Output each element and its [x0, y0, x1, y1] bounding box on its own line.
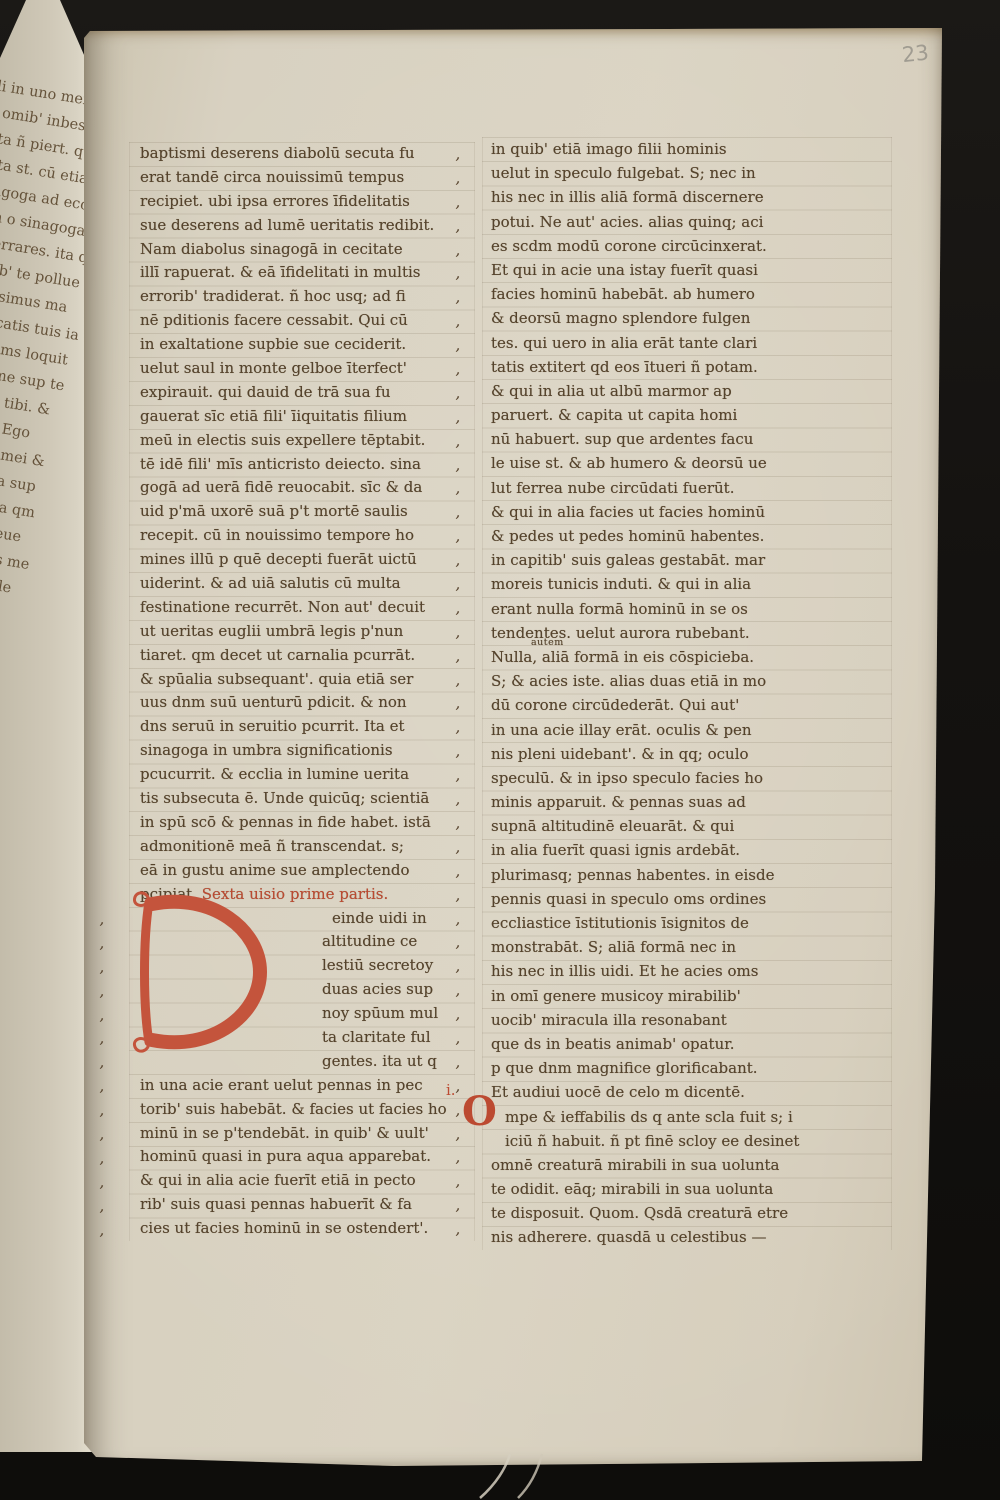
text-line: p que dnm magnifice glorificabant. — [491, 1056, 891, 1080]
text-line: minis apparuit. & pennas suas ad — [491, 790, 891, 814]
text-line: monstrabāt. S; aliā formā nec in — [491, 935, 891, 959]
text-line: uid p'mā uxorē suā p't mortē saulis — [140, 500, 474, 524]
text-line: expirauit. qui dauid de trā sua fu — [140, 381, 474, 405]
text-line: rib' suis quasi pennas habuerīt & fa — [140, 1193, 474, 1217]
text-line: dū corone circūdederāt. Qui aut' — [491, 693, 891, 717]
folio-number: 23 — [901, 37, 963, 67]
text-line: te disposuit. Quom. Qsdā creaturā etre — [491, 1201, 891, 1225]
text-line: nē pditionis facere cessabit. Qui cū — [140, 309, 474, 333]
text-line: errorib' tradiderat. ñ hoc usq; ad fi — [140, 285, 474, 309]
binding-cord — [470, 1452, 610, 1500]
text-line: mines illū p quē decepti fuerāt uictū — [140, 548, 474, 572]
text-line: ut ueritas euglii umbrā legis p'nun — [140, 620, 474, 644]
text-line: gauerat sīc etiā fili' īiquitatis filium — [140, 405, 474, 429]
text-line: in una acie illay erāt. oculis & pen — [491, 718, 891, 742]
left-text-column: baptismi deserens diabolū secuta fuerat … — [129, 142, 475, 1241]
text-line: meū in electis suis expellere tēptabit. — [140, 429, 474, 453]
text-line: recepit. cū in nouissimo tempore ho — [140, 524, 474, 548]
text-line: nis pleni uidebant'. & in qq; oculo — [491, 742, 891, 766]
text-line: facies hominū habebāt. ab humero — [491, 282, 891, 306]
text-line: es scdm modū corone circūcinxerat. — [491, 234, 891, 258]
text-line: uiderint. & ad uiā salutis cū multa — [140, 572, 474, 596]
line-filler-mark: , — [98, 1193, 106, 1217]
text-line: illī rapuerat. & eā īfidelitati in multi… — [140, 261, 474, 285]
text-line: & spūalia subsequant'. quia etiā ser — [140, 668, 474, 692]
margin-marks: ,,,,,,,,,,,,,, — [100, 907, 105, 1241]
text-line: uocib' miracula illa resonabant — [491, 1008, 891, 1032]
chapter-number: i. — [446, 1081, 456, 1099]
text-line: Et audiui uocē de celo m dicentē. — [491, 1080, 891, 1104]
text-line: in quib' etiā imago filii hominis — [491, 137, 891, 161]
manuscript-photo: illi in uno membrin omib' inbes susepta … — [0, 0, 1000, 1500]
text-line: erant nulla formā hominū in se os — [491, 597, 891, 621]
text-line: sinagoga in umbra significationis — [140, 739, 474, 763]
text-line: in capitib' suis galeas gestabāt. mar — [491, 548, 891, 572]
text-line: festinatione recurrēt. Non aut' decuit — [140, 596, 474, 620]
text-line: & qui in alia ut albū marmor ap — [491, 379, 891, 403]
text-line: potui. Ne aut' acies. alias quinq; aci — [491, 210, 891, 234]
line-filler-mark: , — [98, 1026, 106, 1050]
text-line: nis adherere. quasdā u celestibus — — [491, 1225, 891, 1249]
text-line: tatis extitert qd eos ītueri ñ potam. — [491, 355, 891, 379]
manuscript-page: 23 baptismi deserens diabolū secuta fuer… — [84, 28, 942, 1468]
text-line: & deorsū magno splendore fulgen — [491, 306, 891, 330]
text-line: dns seruū in seruitio pcurrit. Ita et — [140, 715, 474, 739]
interlinear-gloss: autem — [531, 638, 564, 647]
line-filler-mark: , — [98, 1217, 106, 1241]
text-line: moreis tunicis induti. & qui in alia — [491, 572, 891, 596]
text-line: le uise st. & ab humero & deorsū ue — [491, 451, 891, 475]
line-filler-mark: , — [98, 931, 106, 955]
text-line: admonitionē meā ñ transcendat. s; — [140, 835, 474, 859]
line-filler-mark: , — [98, 955, 106, 979]
text-line: his nec in illis aliā formā discernere — [491, 185, 891, 209]
text-line: tes. qui uero in alia erāt tante clari — [491, 331, 891, 355]
line-filler-mark: , — [98, 1002, 106, 1026]
initial-d-illuminated-letter — [116, 888, 268, 1056]
text-line: minū in se p'tendebāt. in quib' & uult' — [140, 1122, 474, 1146]
text-line: Nulla, aliā formā in eis cōspicieba.aute… — [491, 645, 891, 669]
text-line: speculū. & in ipso speculo facies ho — [491, 766, 891, 790]
text-line: in exaltatione supbie sue ceciderit. — [140, 333, 474, 357]
text-line: & qui in alia facies ut facies hominū — [491, 500, 891, 524]
line-filler-mark: , — [98, 1170, 106, 1194]
text-line: Nam diabolus sinagogā in cecitate — [140, 238, 474, 262]
text-line: tis subsecuta ē. Unde quicūq; scientiā — [140, 787, 474, 811]
text-line: uelut in speculo fulgebat. S; nec in — [491, 161, 891, 185]
text-line: tē idē fili' mīs anticristo deiecto. sin… — [140, 453, 474, 477]
text-line: hominū quasi in pura aqua apparebat. — [140, 1145, 474, 1169]
text-line: baptismi deserens diabolū secuta fu — [140, 142, 474, 166]
text-line: te odidit. eāq; mirabili in sua uolunta — [491, 1177, 891, 1201]
line-filler-mark: , — [98, 978, 106, 1002]
text-line: erat tandē circa nouissimū tempus — [140, 166, 474, 190]
right-text-column: in quib' etiā imago filii hominisuelut i… — [482, 137, 892, 1250]
line-filler-mark: , — [98, 1098, 106, 1122]
text-line: his nec in illis uidi. Et he acies oms — [491, 959, 891, 983]
text-line: pcucurrit. & ecclia in lumine uerita — [140, 763, 474, 787]
text-line: lut ferrea nube circūdati fuerūt. — [491, 476, 891, 500]
text-line: S; & acies iste. alias duas etiā in mo — [491, 669, 891, 693]
text-line: & qui in alia acie fuerīt etiā in pecto — [140, 1169, 474, 1193]
text-line: uus dnm suū uenturū pdicit. & non — [140, 691, 474, 715]
text-line: iciū ñ habuit. ñ pt finē scloy ee desine… — [491, 1129, 891, 1153]
text-line: recipiet. ubi ipsa errores īfidelitatis — [140, 190, 474, 214]
line-filler-mark: , — [98, 1146, 106, 1170]
line-filler-mark: , — [98, 907, 106, 931]
text-line: uelut saul in monte gelboe īterfect' — [140, 357, 474, 381]
text-line: tiaret. qm decet ut carnalia pcurrāt. — [140, 644, 474, 668]
text-line: & pedes ut pedes hominū habentes. — [491, 524, 891, 548]
line-filler-mark: , — [98, 1050, 106, 1074]
line-filler-mark: , — [98, 1074, 106, 1098]
text-line: eccliastice īstitutionis īsignitos de — [491, 911, 891, 935]
text-line: que ds in beatis animab' opatur. — [491, 1032, 891, 1056]
text-line: eā in gustu anime sue amplectendo — [140, 859, 474, 883]
initial-o-versal: O — [462, 1092, 497, 1132]
text-line: plurimasq; pennas habentes. in eisde — [491, 863, 891, 887]
line-filler-mark: , — [98, 1122, 106, 1146]
text-line: pennis quasi in speculo oms ordines — [491, 887, 891, 911]
text-line: in alia fuerīt quasi ignis ardebāt. — [491, 838, 891, 862]
line-end-marks: ,,,,,,,,,,,,,,,,,,,,,,,,,,,,,,,,,,,,,,,,… — [456, 142, 461, 1241]
text-line: in spū scō & pennas in fide habet. istā — [140, 811, 474, 835]
text-line: omnē creaturā mirabili in sua uolunta — [491, 1153, 891, 1177]
text-line: cies ut facies hominū in se ostendert'. — [140, 1217, 474, 1241]
text-line: torib' suis habebāt. & facies ut facies … — [140, 1098, 474, 1122]
text-line: gogā ad uerā fidē reuocabit. sīc & da — [140, 476, 474, 500]
text-line: in una acie erant uelut pennas in pec — [140, 1074, 474, 1098]
text-line: in omī genere musicoy mirabilib' — [491, 984, 891, 1008]
text-line: nū habuert. sup que ardentes facu — [491, 427, 891, 451]
text-line: sue deserens ad lumē ueritatis redibit. — [140, 214, 474, 238]
text-line: supnā altitudinē eleuarāt. & qui — [491, 814, 891, 838]
text-line: mpe & ieffabilis ds q ante scla fuit s; … — [491, 1105, 891, 1129]
text-line: paruert. & capita ut capita homi — [491, 403, 891, 427]
text-line: Et qui in acie una istay fuerīt quasi — [491, 258, 891, 282]
